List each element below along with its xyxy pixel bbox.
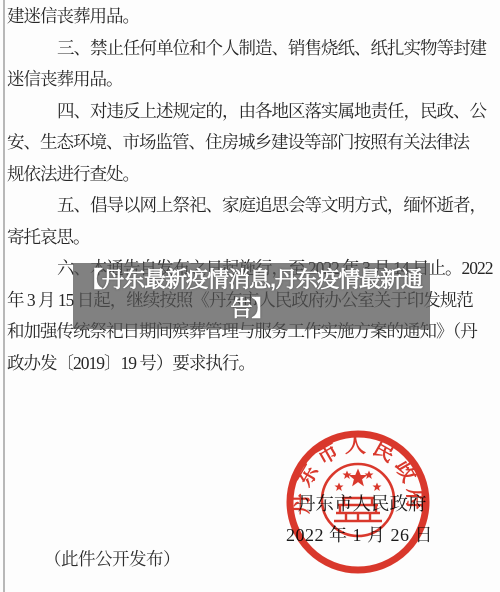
notice-line: 政办发〔2019〕19 号）要求执行。 [7, 348, 495, 380]
news-overlay-banner: 【丹东最新疫情消息,丹东疫情最新通 告】 [73, 263, 430, 329]
notice-line: 四、对违反上述规定的，由各地区落实属地责任，民政、公 [7, 96, 495, 128]
notice-line: 安、生态环境、市场监管、住房城乡建设等部门按照有关法律法 [7, 127, 495, 159]
notice-line: 规依法进行查处。 [7, 159, 495, 191]
government-seal: 丹东市人民政府 [272, 416, 444, 588]
banner-title-line1: 【丹东最新疫情消息,丹东疫情最新通 [73, 265, 430, 294]
notice-line: 迷信丧葬用品。 [7, 64, 495, 96]
notice-line: 寄托哀思。 [7, 222, 495, 254]
emblem-stars-icon [335, 469, 382, 491]
banner-title-line2: 告】 [73, 294, 430, 323]
notice-line: 三、禁止任何单位和个人制造、销售烧纸、纸扎实物等封建 [7, 33, 495, 65]
scan-edge-line [3, 0, 5, 592]
emblem-gate-icon [334, 498, 382, 521]
document-page: 建迷信丧葬用品。 三、禁止任何单位和个人制造、销售烧纸、纸扎实物等封建 迷信丧葬… [0, 0, 500, 592]
public-release-note: （此件公开发布） [44, 546, 180, 571]
notice-line: 五、倡导以网上祭祀、家庭追思会等文明方式，缅怀逝者， [7, 190, 495, 222]
notice-line: 建迷信丧葬用品。 [7, 1, 495, 33]
